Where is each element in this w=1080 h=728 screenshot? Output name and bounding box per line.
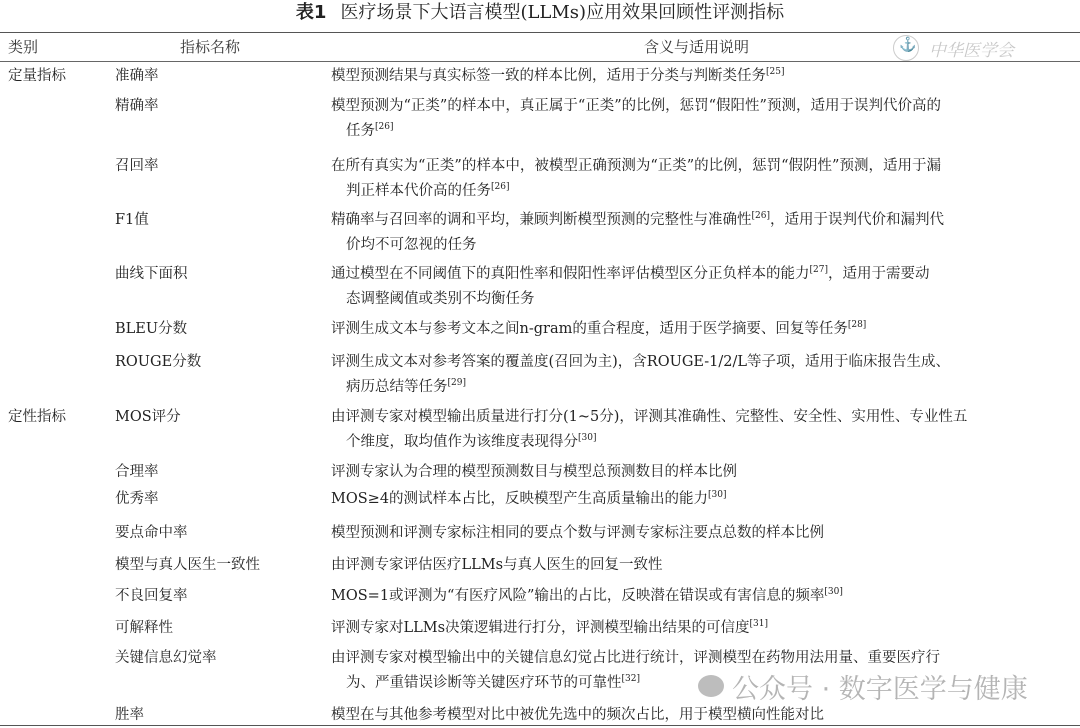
- description-line: 任务: [346, 123, 375, 139]
- citation: [27]: [810, 265, 828, 275]
- metric-description: 评测专家认为合理的模型预测数目与模型总预测数目的样本比例: [331, 460, 1076, 485]
- society-watermark-text: 中华医学会: [929, 36, 1014, 61]
- metric-description: 由评测专家对模型输出质量进行打分(1~5分)，评测其准确性、完整性、安全性、实用…: [331, 405, 1076, 455]
- description-line-cont: ，适用于误判代价和漏判代: [770, 212, 944, 228]
- header-description: 含义与适用说明: [644, 36, 749, 58]
- description-line: 病历总结等任务: [346, 379, 448, 395]
- description-line: 态调整阈值或类别不均衡任务: [346, 291, 535, 307]
- account-watermark: 公众号 · 数字医学与健康: [698, 668, 1028, 704]
- description-line: 评测专家对LLMs决策逻辑进行打分，评测模型输出结果的可信度: [331, 620, 750, 636]
- description-line: 模型预测结果与真实标签一致的样本比例，适用于分类与判断类任务: [331, 68, 766, 84]
- metric-name: ROUGE分数: [115, 350, 201, 375]
- metric-description: MOS=1或评测为“有医疗风险”输出的占比，反映潜在错误或有害信息的频率[30]: [331, 584, 1076, 609]
- metric-name: 精确率: [115, 94, 159, 119]
- citation: [25]: [766, 67, 784, 77]
- table-number: 表1: [296, 2, 327, 23]
- description-line: 个维度，取均值作为该维度表现得分: [346, 434, 578, 450]
- citation: [30]: [824, 587, 842, 597]
- description-line: 评测专家认为合理的模型预测数目与模型总预测数目的样本比例: [331, 464, 737, 480]
- row-category: 定量指标: [8, 64, 66, 89]
- metric-description: 评测生成文本对参考答案的覆盖度(召回为主)，含ROUGE-1/2/L等子项，适用…: [331, 350, 1076, 400]
- citation: [29]: [448, 378, 466, 388]
- table-title-text: 医疗场景下大语言模型(LLMs)应用效果回顾性评测指标: [340, 2, 784, 23]
- metric-name: F1值: [115, 208, 149, 233]
- metric-description: 通过模型在不同阈值下的真阳性率和假阳性率评估模型区分正负样本的能力[27]，适用…: [331, 262, 1076, 312]
- metric-name: 要点命中率: [115, 521, 188, 546]
- description-line: 评测生成文本对参考答案的覆盖度(召回为主)，含ROUGE-1/2/L等子项，适用…: [331, 354, 950, 370]
- metric-description: 模型预测为“正类”的样本中，真正属于“正类”的比例，惩罚“假阳性”预测，适用于误…: [331, 94, 1076, 144]
- metric-description: 评测专家对LLMs决策逻辑进行打分，评测模型输出结果的可信度[31]: [331, 616, 1076, 641]
- metric-description: MOS≥4的测试样本占比，反映模型产生高质量输出的能力[30]: [331, 487, 1076, 512]
- header-metric-name: 指标名称: [180, 36, 240, 58]
- header-rule: [0, 61, 1080, 62]
- description-line: 模型预测为“正类”的样本中，真正属于“正类”的比例，惩罚“假阳性”预测，适用于误…: [331, 98, 941, 114]
- wechat-icon: [698, 675, 724, 697]
- header-category: 类别: [8, 36, 38, 58]
- description-line: 为、严重错误诊断等关键医疗环节的可靠性: [346, 675, 622, 691]
- metric-description: 精确率与召回率的调和平均，兼顾判断模型预测的完整性与准确性[26]，适用于误判代…: [331, 208, 1076, 258]
- citation: [30]: [578, 433, 596, 443]
- citation: [32]: [622, 674, 640, 684]
- metric-name: MOS评分: [115, 405, 181, 430]
- metric-name: BLEU分数: [115, 317, 187, 342]
- description-line: 评测生成文本与参考文本之间n-gram的重合程度，适用于医学摘要、回复等任务: [331, 321, 848, 337]
- citation: [26]: [752, 211, 770, 221]
- metric-name: 召回率: [115, 154, 159, 179]
- citation: [31]: [750, 619, 768, 629]
- description-line: 由评测专家对模型输出中的关键信息幻觉占比进行统计，评测模型在药物用法用量、重要医…: [331, 650, 940, 666]
- description-line: 模型预测和评测专家标注相同的要点个数与评测专家标注要点总数的样本比例: [331, 525, 824, 541]
- metric-name: 合理率: [115, 460, 159, 485]
- metric-name: 不良回复率: [115, 584, 188, 609]
- description-line: MOS≥4的测试样本占比，反映模型产生高质量输出的能力: [331, 491, 708, 507]
- citation: [28]: [848, 320, 866, 330]
- description-line: 在所有真实为“正类”的样本中，被模型正确预测为“正类”的比例，惩罚“假阴性”预测…: [331, 158, 941, 174]
- top-rule: [0, 32, 1080, 33]
- metric-name: 优秀率: [115, 487, 159, 512]
- bottom-rule: [0, 725, 1080, 726]
- metric-description: 模型预测和评测专家标注相同的要点个数与评测专家标注要点总数的样本比例: [331, 521, 1076, 546]
- citation: [30]: [708, 490, 726, 500]
- description-line: 模型在与其他参考模型对比中被优先选中的频次占比，用于模型横向性能对比: [331, 707, 824, 723]
- metric-description: 由评测专家评估医疗LLMs与真人医生的回复一致性: [331, 553, 1076, 578]
- description-line: 由评测专家对模型输出质量进行打分(1~5分)，评测其准确性、完整性、安全性、实用…: [331, 409, 967, 425]
- metric-description: 在所有真实为“正类”的样本中，被模型正确预测为“正类”的比例，惩罚“假阴性”预测…: [331, 154, 1076, 204]
- metric-name: 关键信息幻觉率: [115, 646, 217, 671]
- metric-name: 模型与真人医生一致性: [115, 553, 260, 578]
- metric-description: 评测生成文本与参考文本之间n-gram的重合程度，适用于医学摘要、回复等任务[2…: [331, 317, 1076, 342]
- citation: [26]: [491, 182, 509, 192]
- description-line-cont: ，适用于需要动: [828, 266, 930, 282]
- metric-name: 可解释性: [115, 616, 173, 641]
- description-line: 精确率与召回率的调和平均，兼顾判断模型预测的完整性与准确性: [331, 212, 752, 228]
- citation: [26]: [375, 122, 393, 132]
- metric-description: 模型预测结果与真实标签一致的样本比例，适用于分类与判断类任务[25]: [331, 64, 1076, 89]
- description-line: 由评测专家评估医疗LLMs与真人医生的回复一致性: [331, 557, 663, 573]
- description-line: 判正样本代价高的任务: [346, 183, 491, 199]
- description-line: 通过模型在不同阈值下的真阳性率和假阳性率评估模型区分正负样本的能力: [331, 266, 810, 282]
- description-line: 价均不可忽视的任务: [346, 237, 477, 253]
- description-line: MOS=1或评测为“有医疗风险”输出的占比，反映潜在错误或有害信息的频率: [331, 588, 824, 604]
- metric-name: 曲线下面积: [115, 262, 188, 287]
- table-title: 表1医疗场景下大语言模型(LLMs)应用效果回顾性评测指标: [0, 0, 1080, 28]
- metric-name: 准确率: [115, 64, 159, 89]
- seal-icon: [893, 35, 919, 61]
- account-watermark-text: 公众号 · 数字医学与健康: [732, 667, 1028, 706]
- row-category: 定性指标: [8, 405, 66, 430]
- society-watermark: 中华医学会: [893, 34, 1014, 62]
